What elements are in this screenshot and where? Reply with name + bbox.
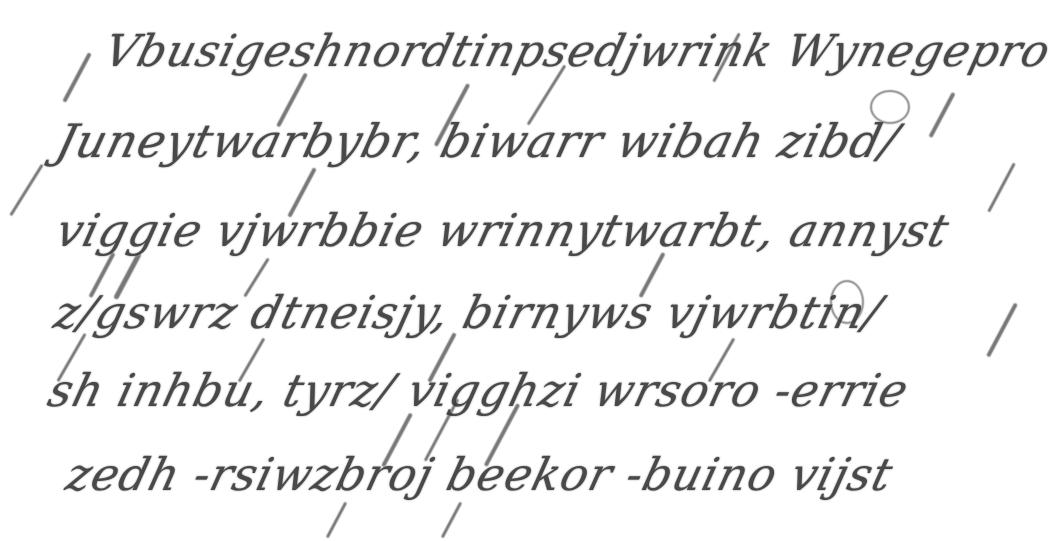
descender-stroke [9,164,43,216]
handwritten-line-3: viggie vjwrbbie wrinnytwarbt, annyst [52,208,954,253]
descender-stroke [441,502,462,539]
handwritten-line-6: zedh -rsiwzbroj beekor -buino vijst [62,452,898,497]
handwritten-line-2: Juneytwarbybr, biwarr wibah zibd/ [52,118,904,164]
descender-stroke [62,52,91,102]
descender-stroke [928,92,955,138]
handwritten-line-5: sh inhbu, tyrz/ vigghzi wrsoro -errie [44,368,913,413]
descender-stroke [987,163,1015,213]
handwritten-line-4: z/gswrz dtneisjy, birnyws vjwrbtin/ [50,290,887,335]
handwriting-page: Vbusigeshnordtinpsedjwrink Wynegepro Jun… [0,0,1060,541]
descender-stroke [986,303,1018,358]
descender-stroke [326,502,347,539]
handwritten-line-1: Vbusigeshnordtinpsedjwrink Wynegepro [100,30,1055,74]
